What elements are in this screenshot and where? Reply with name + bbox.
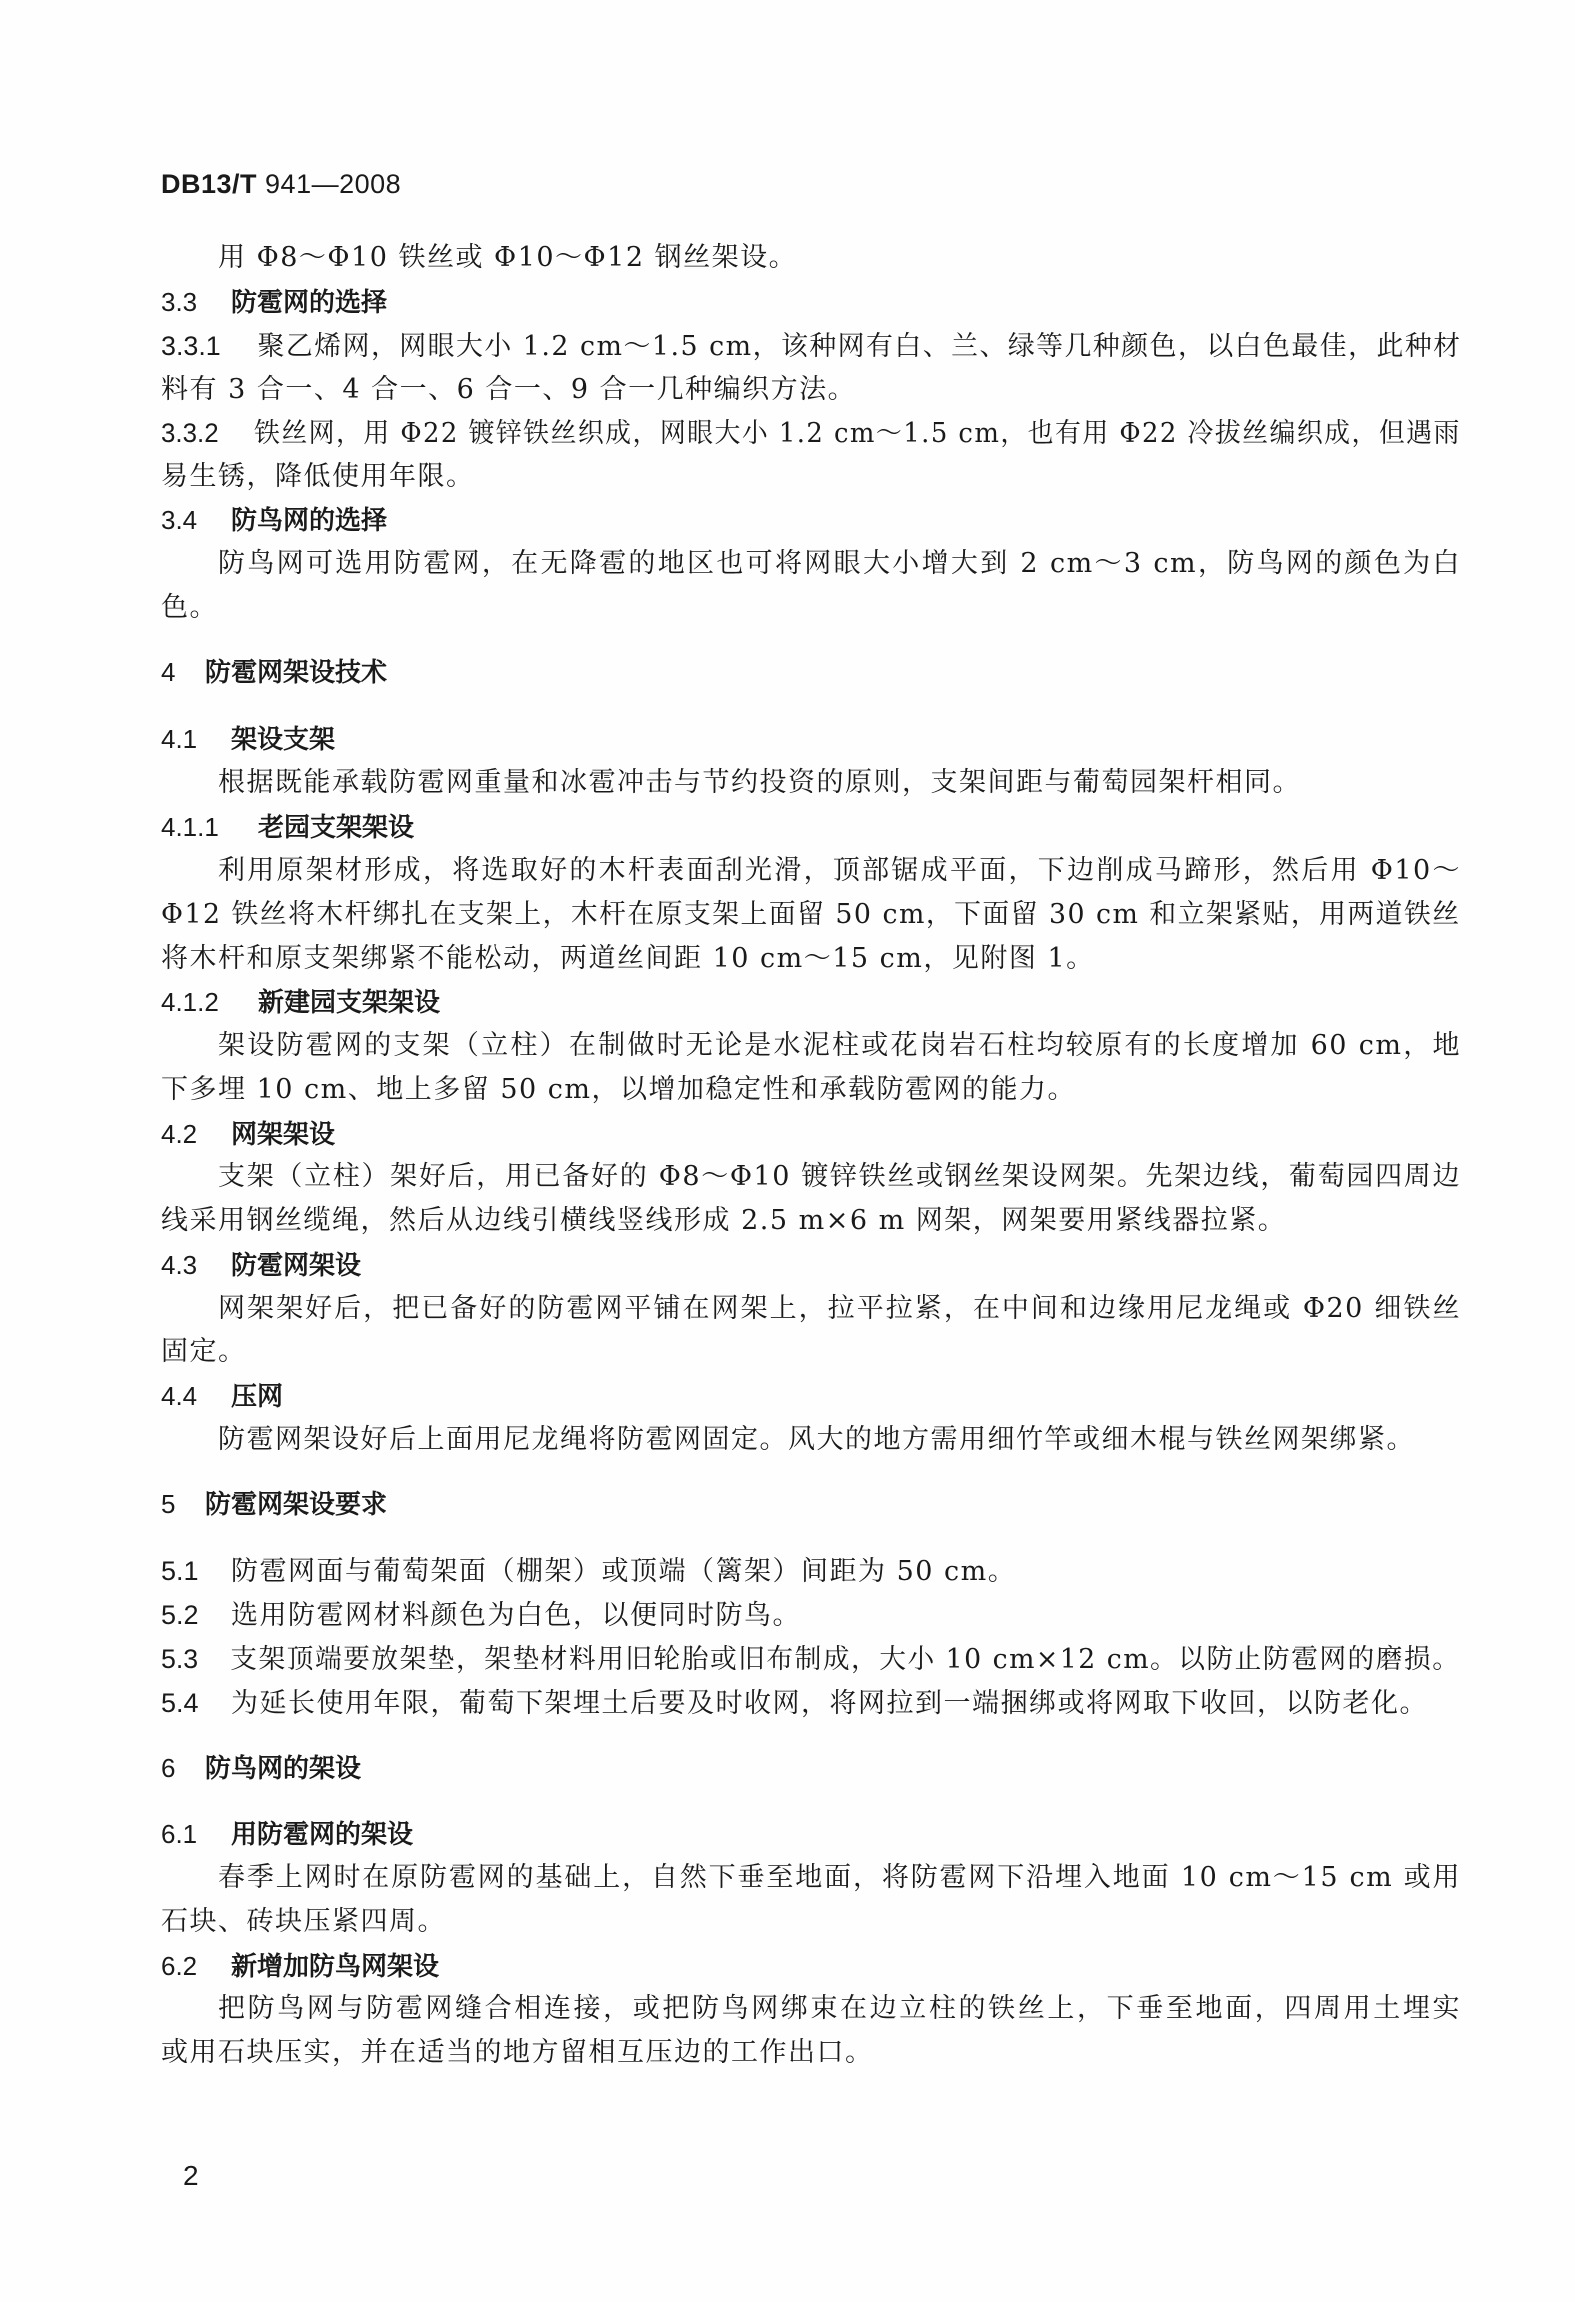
standard-code-prefix: DB13/T — [161, 169, 257, 199]
clause-text: 防雹网面与葡萄架面（棚架）或顶端（篱架）间距为 50 cm。 — [231, 1556, 1016, 1587]
paragraph-line: 利用原架材形成，将选取好的木杆表面刮光滑，顶部锯成平面，下边削成马蹄形，然后用 … — [218, 854, 1461, 888]
section-heading: 6防鸟网的架设 — [161, 1751, 361, 1786]
section-title: 新建园支架架设 — [258, 988, 440, 1018]
section-heading: 4.3防雹网架设 — [161, 1248, 361, 1283]
section-title: 新增加防鸟网架设 — [231, 1952, 439, 1982]
paragraph-line: 固定。 — [161, 1335, 1461, 1369]
section-number: 4.1.1 — [161, 810, 258, 844]
section-title: 防雹网的选择 — [231, 288, 387, 318]
numbered-clause: 5.4为延长使用年限，葡萄下架埋土后要及时收网，将网拉到一端捆绑或将网取下收回，… — [161, 1686, 1461, 1721]
section-number: 4.1.2 — [161, 985, 258, 1019]
clause-text: 支架顶端要放架垫，架垫材料用旧轮胎或旧布制成，大小 10 cm×12 cm。以防… — [230, 1644, 1460, 1675]
numbered-clause: 3.3.1聚乙烯网，网眼大小 1.2 cm～1.5 cm，该种网有白、兰、绿等几… — [161, 329, 1461, 364]
section-number: 3.4 — [161, 503, 231, 537]
section-title: 网架架设 — [231, 1120, 335, 1150]
section-heading: 3.3防雹网的选择 — [161, 285, 387, 320]
numbered-clause: 5.3支架顶端要放架垫，架垫材料用旧轮胎或旧布制成，大小 10 cm×12 cm… — [161, 1642, 1461, 1677]
paragraph-line: 易生锈，降低使用年限。 — [161, 460, 1461, 494]
page-number: 2 — [183, 2160, 199, 2192]
section-number: 6 — [161, 1751, 205, 1785]
section-number: 6.2 — [161, 1949, 231, 1983]
section-title: 老园支架架设 — [258, 813, 414, 843]
section-number: 5 — [161, 1487, 205, 1521]
paragraph-line: 支架（立柱）架好后，用已备好的 Φ8～Φ10 镀锌铁丝或钢丝架设网架。先架边线，… — [218, 1160, 1461, 1194]
section-title: 防雹网架设技术 — [205, 658, 387, 688]
paragraph-line: 架设防雹网的支架（立柱）在制做时无论是水泥柱或花岗岩石柱均较原有的长度增加 60… — [218, 1029, 1461, 1063]
paragraph-line: 或用石块压实，并在适当的地方留相互压边的工作出口。 — [161, 2036, 1461, 2070]
section-heading: 6.2新增加防鸟网架设 — [161, 1949, 439, 1984]
section-heading: 4.4压网 — [161, 1379, 283, 1414]
clause-number: 5.1 — [161, 1554, 231, 1588]
paragraph-line: 春季上网时在原防雹网的基础上，自然下垂至地面，将防雹网下沿埋入地面 10 cm～… — [218, 1861, 1461, 1895]
paragraph-line: 防鸟网可选用防雹网，在无降雹的地区也可将网眼大小增大到 2 cm～3 cm，防鸟… — [218, 547, 1461, 581]
section-title: 架设支架 — [231, 725, 335, 755]
section-heading: 5防雹网架设要求 — [161, 1487, 387, 1522]
paragraph-line: 网架架好后，把已备好的防雹网平铺在网架上，拉平拉紧，在中间和边缘用尼龙绳或 Φ2… — [218, 1292, 1461, 1326]
section-heading: 4.1架设支架 — [161, 722, 335, 757]
paragraph-line: 根据既能承载防雹网重量和冰雹冲击与节约投资的原则，支架间距与葡萄园架杆相同。 — [218, 766, 1461, 800]
numbered-clause: 3.3.2铁丝网，用 Φ22 镀锌铁丝织成，网眼大小 1.2 cm～1.5 cm… — [161, 416, 1460, 451]
paragraph-line: 下多埋 10 cm、地上多留 50 cm，以增加稳定性和承载防雹网的能力。 — [161, 1073, 1461, 1107]
section-title: 防鸟网的选择 — [231, 506, 387, 536]
clause-number: 3.3.2 — [161, 416, 254, 450]
paragraph-line: 将木杆和原支架绑紧不能松动，两道丝间距 10 cm～15 cm，见附图 1。 — [161, 942, 1461, 976]
paragraph-line: 石块、砖块压紧四周。 — [161, 1905, 1461, 1939]
section-heading: 3.4防鸟网的选择 — [161, 503, 387, 538]
paragraph-line: 用 Φ8～Φ10 铁丝或 Φ10～Φ12 钢丝架设。 — [218, 241, 1461, 275]
section-title: 用防雹网的架设 — [231, 1820, 413, 1850]
section-number: 4.2 — [161, 1117, 231, 1151]
numbered-clause: 5.2选用防雹网材料颜色为白色，以便同时防鸟。 — [161, 1598, 1461, 1633]
clause-text: 聚乙烯网，网眼大小 1.2 cm～1.5 cm，该种网有白、兰、绿等几种颜色，以… — [258, 331, 1462, 362]
clause-number: 3.3.1 — [161, 329, 258, 363]
section-title: 防雹网架设 — [231, 1251, 361, 1281]
section-title: 防雹网架设要求 — [205, 1490, 387, 1520]
section-number: 4 — [161, 655, 205, 689]
section-heading: 4.1.2新建园支架架设 — [161, 985, 440, 1020]
section-number: 4.1 — [161, 722, 231, 756]
clause-text: 为延长使用年限，葡萄下架埋土后要及时收网，将网拉到一端捆绑或将网取下收回，以防老… — [231, 1688, 1428, 1719]
section-title: 防鸟网的架设 — [205, 1754, 361, 1784]
section-heading: 6.1用防雹网的架设 — [161, 1817, 413, 1852]
paragraph-line: Φ12 铁丝将木杆绑扎在支架上，木杆在原支架上面留 50 cm，下面留 30 c… — [161, 898, 1461, 932]
paragraph-line: 料有 3 合一、4 合一、6 合一、9 合一几种编织方法。 — [161, 373, 1461, 407]
section-title: 压网 — [231, 1382, 283, 1412]
section-number: 6.1 — [161, 1817, 231, 1851]
numbered-clause: 5.1防雹网面与葡萄架面（棚架）或顶端（篱架）间距为 50 cm。 — [161, 1554, 1461, 1589]
section-heading: 4.1.1老园支架架设 — [161, 810, 414, 845]
section-number: 3.3 — [161, 285, 231, 319]
clause-number: 5.4 — [161, 1686, 231, 1720]
paragraph-line: 线采用钢丝缆绳，然后从边线引横线竖线形成 2.5 m×6 m 网架，网架要用紧线… — [161, 1204, 1461, 1238]
section-number: 4.4 — [161, 1379, 231, 1413]
document-page: DB13/T 941—2008 用 Φ8～Φ10 铁丝或 Φ10～Φ12 钢丝架… — [0, 0, 1575, 2302]
paragraph-line: 把防鸟网与防雹网缝合相连接，或把防鸟网绑束在边立柱的铁丝上，下垂至地面，四周用土… — [218, 1992, 1461, 2026]
paragraph-line: 色。 — [161, 591, 1461, 625]
section-heading: 4防雹网架设技术 — [161, 655, 387, 690]
clause-text: 选用防雹网材料颜色为白色，以便同时防鸟。 — [231, 1600, 801, 1631]
section-number: 4.3 — [161, 1248, 231, 1282]
clause-number: 5.3 — [161, 1642, 230, 1676]
standard-code-header: DB13/T 941—2008 — [161, 169, 401, 200]
clause-number: 5.2 — [161, 1598, 231, 1632]
paragraph-line: 防雹网架设好后上面用尼龙绳将防雹网固定。风大的地方需用细竹竿或细木棍与铁丝网架绑… — [218, 1423, 1461, 1457]
clause-text: 铁丝网，用 Φ22 镀锌铁丝织成，网眼大小 1.2 cm～1.5 cm，也有用 … — [254, 418, 1461, 449]
standard-code-number: 941—2008 — [257, 169, 401, 199]
section-heading: 4.2网架架设 — [161, 1117, 335, 1152]
